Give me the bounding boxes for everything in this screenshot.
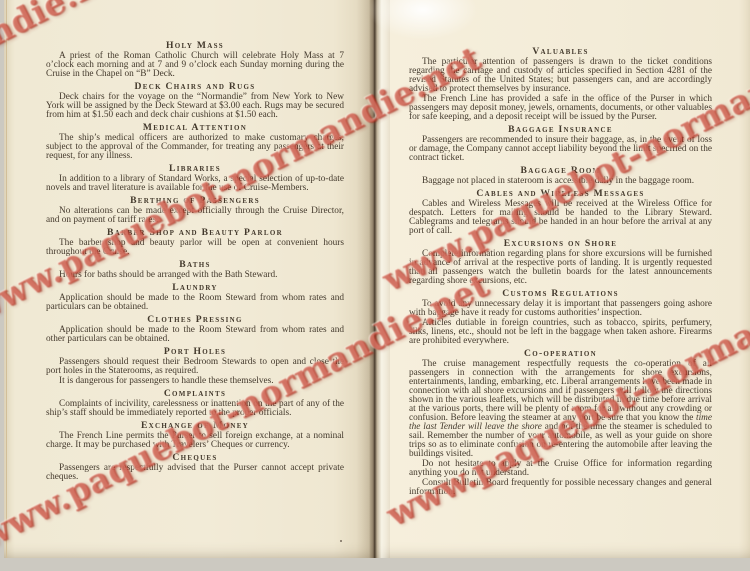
section-heading-customs-regulations: Customs Regulations <box>409 289 712 299</box>
paragraph-text: The cruise management respectfully reque… <box>409 359 712 423</box>
section-heading-port-holes: Port Holes <box>46 347 344 357</box>
section-paragraph: Passengers should request their Bedroom … <box>46 358 344 376</box>
section-paragraph: The barber shop and beauty parlor will b… <box>46 239 344 257</box>
left-page-column: Holy Mass A priest of the Roman Catholic… <box>46 38 344 483</box>
scanned-booklet-spread: Holy Mass A priest of the Roman Catholic… <box>0 0 750 571</box>
section-paragraph: Passengers are respectfully advised that… <box>46 464 344 482</box>
section-heading-medical-attention: Medical Attention <box>46 123 344 133</box>
section-paragraph: Consult Bulletin Board frequently for po… <box>409 479 712 497</box>
section-heading-valuables: Valuables <box>409 47 712 57</box>
section-paragraph: Baggage not placed in stateroom is acces… <box>409 177 712 186</box>
right-page-column: Valuables The particular attention of pa… <box>409 44 712 498</box>
section-heading-excursions-on-shore: Excursions on Shore <box>409 239 712 249</box>
section-paragraph: The French Line permits the Purser to se… <box>46 432 344 450</box>
section-paragraph: The cruise management respectfully reque… <box>409 360 712 459</box>
section-heading-cheques: Cheques <box>46 453 344 463</box>
section-heading-exchange-of-money: Exchange of Money <box>46 421 344 431</box>
section-paragraph: In addition to a library of Standard Wor… <box>46 175 344 193</box>
section-heading-laundry: Laundry <box>46 283 344 293</box>
section-paragraph: The particular attention of passengers i… <box>409 58 712 94</box>
section-paragraph: A priest of the Roman Catholic Church wi… <box>46 52 344 79</box>
section-paragraph: It is dangerous for passengers to handle… <box>46 377 344 386</box>
section-heading-clothes-pressing: Clothes Pressing <box>46 315 344 325</box>
scan-speck <box>340 540 342 542</box>
section-heading-baggage-room: Baggage Room <box>409 166 712 176</box>
section-heading-barber-shop-and-beauty-parlor: Barber Shop and Beauty Parlor <box>46 228 344 238</box>
section-paragraph: Cables and Wireless Messages will be rec… <box>409 200 712 236</box>
section-paragraph: Deck chairs for the voyage on the “Norma… <box>46 93 344 120</box>
section-paragraph: Complaints of incivility, carelessness o… <box>46 400 344 418</box>
book-gutter <box>356 0 390 558</box>
scan-glare <box>368 0 478 40</box>
section-heading-deck-chairs-and-rugs: Deck Chairs and Rugs <box>46 82 344 92</box>
section-paragraph: Application should be made to the Room S… <box>46 326 344 344</box>
section-paragraph: Application should be made to the Room S… <box>46 294 344 312</box>
section-heading-berthing-of-passengers: Berthing of Passengers <box>46 196 344 206</box>
section-heading-baths: Baths <box>46 260 344 270</box>
section-heading-libraries: Libraries <box>46 164 344 174</box>
section-paragraph: Complete information regarding plans for… <box>409 250 712 286</box>
section-paragraph: The French Line has provided a safe in t… <box>409 95 712 122</box>
section-paragraph: Passengers are recommended to insure the… <box>409 136 712 163</box>
section-heading-complaints: Complaints <box>46 389 344 399</box>
section-heading-cables-and-wireless-messages: Cables and Wireless Messages <box>409 189 712 199</box>
section-paragraph: No alterations can be made except offici… <box>46 207 344 225</box>
section-paragraph: Hours for baths should be arranged with … <box>46 271 344 280</box>
section-paragraph: Do not hesitate to apply at the Cruise O… <box>409 460 712 478</box>
section-heading-baggage-insurance: Baggage Insurance <box>409 125 712 135</box>
section-heading-holy-mass: Holy Mass <box>46 41 344 51</box>
section-paragraph: The ship’s medical officers are authoriz… <box>46 134 344 161</box>
section-paragraph: To avoid any unnecessary delay it is imp… <box>409 300 712 318</box>
section-paragraph: Articles dutiable in foreign countries, … <box>409 319 712 346</box>
section-heading-co-operation: Co-operation <box>409 349 712 359</box>
